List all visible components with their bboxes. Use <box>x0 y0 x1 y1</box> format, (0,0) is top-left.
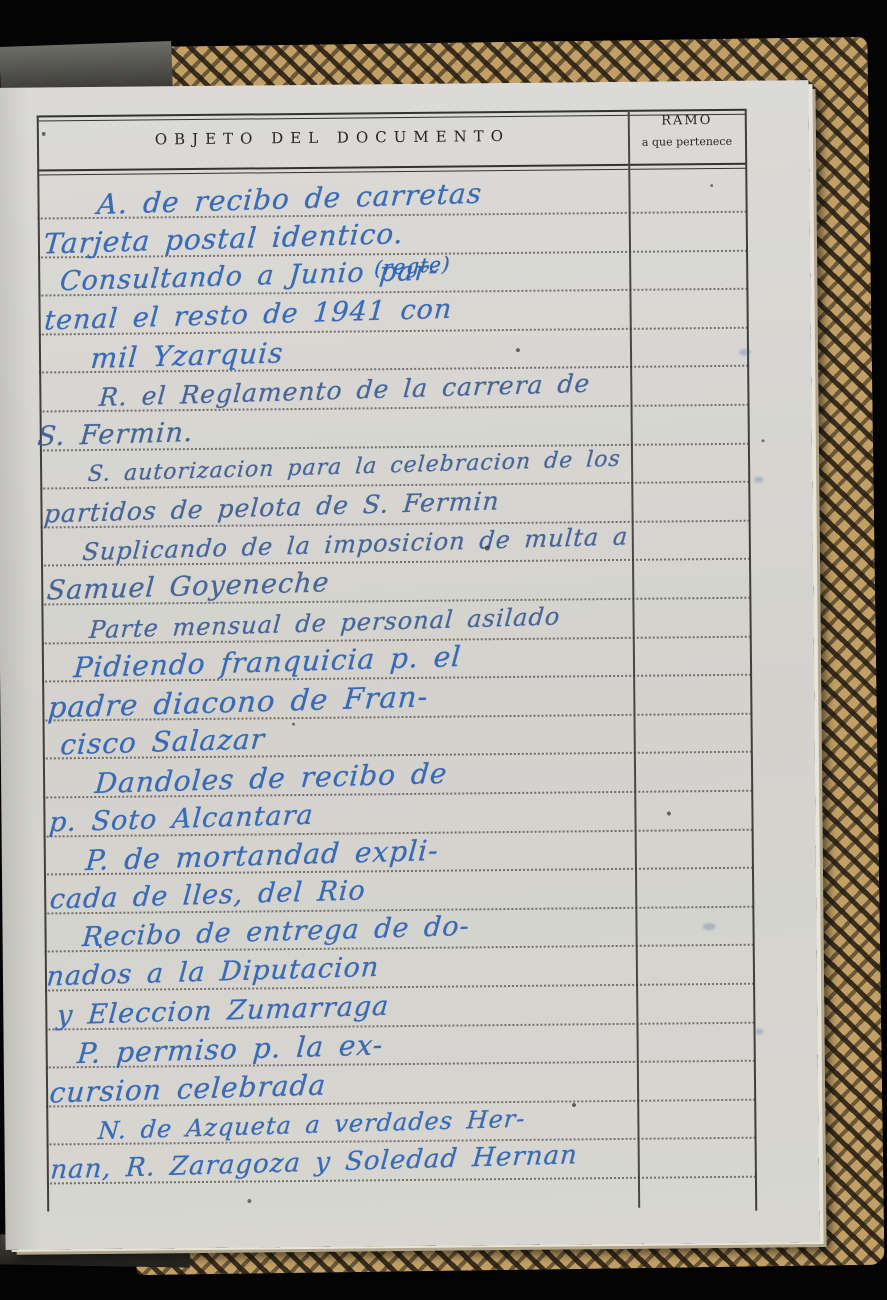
ink-smudge <box>756 1029 764 1035</box>
book-spine-top <box>0 41 173 93</box>
scanned-ledger-photo: OBJETO DEL DOCUMENTO RAMO a que pertenec… <box>0 0 887 1300</box>
column-divider <box>628 110 641 1208</box>
handwriting-line: Dandoles de recibo de <box>93 755 449 803</box>
ink-smudge <box>754 477 763 483</box>
handwriting-line: S. Fermin. <box>36 414 195 457</box>
handwriting-line: P. permiso p. la ex- <box>76 1026 385 1073</box>
ink-smudge <box>702 923 715 930</box>
table-left-border <box>37 116 50 1212</box>
handwriting-line: A. de recibo de carretas <box>96 175 484 224</box>
handwriting-annotation: (regte) <box>374 251 452 280</box>
handwriting-line: p. Soto Alcantara <box>48 796 315 842</box>
table-right-border <box>745 109 758 1211</box>
objeto-header-label: OBJETO DEL DOCUMENTO <box>37 126 628 150</box>
handwriting-line: mil Yzarquis <box>89 335 285 379</box>
ramo-header-label: RAMO <box>628 113 746 129</box>
ink-smudge <box>739 349 751 356</box>
handwriting-line: cisco Salazar <box>59 721 267 765</box>
handwriting-line: Samuel Goyeneche <box>45 564 330 610</box>
handwriting-line: cursion celebrada <box>48 1066 327 1112</box>
document-page: OBJETO DEL DOCUMENTO RAMO a que pertenec… <box>0 80 820 1250</box>
ramo-header-sublabel: a que pertenece <box>628 135 746 149</box>
